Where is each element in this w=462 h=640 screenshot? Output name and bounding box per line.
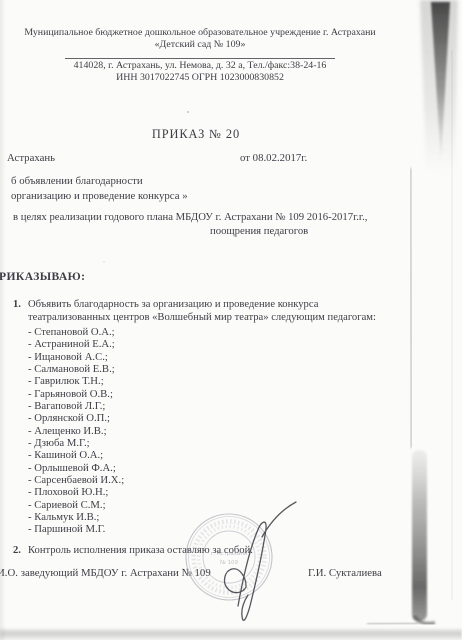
order-date: от 08.02.2017г. [240,152,307,164]
scanned-order-document: Муниципальное бюджетное дошкольное образ… [0,0,462,640]
scan-fold-line-right [411,168,412,448]
teacher-name-line: - Сарсенбаевой И.Х.; [28,474,376,486]
item-2-text: Контроль исполнения приказа оставляю за … [28,544,253,557]
signer-role: И.О. заведующий МБДОУ г. Астрахани № 109 [0,567,211,579]
teacher-name-line: - Сариевой С.М.; [28,499,376,511]
teacher-name-line: - Ищановой А.С.; [28,351,376,363]
org-inn-ogrn: ИНН 3017022745 ОГРН 1023000830852 [0,72,400,84]
org-name-line1: Муниципальное бюджетное дошкольное образ… [0,27,400,39]
order-subject: б объявлении благодарности организацию и… [11,174,188,203]
teacher-name-line: - Плоховой Ю.Н.; [28,486,376,498]
scan-shadow-bottom-band [0,628,462,640]
item-1-line1: Объявить благодарность за организацию и … [28,298,376,311]
order-purpose: в целях реализации годового плана МБДОУ … [13,211,367,239]
teacher-name-line: - Салмановой Е.В.; [28,363,376,375]
org-name-line2: «Детский сад № 109» [0,39,400,51]
item-1-line2: театрализованных центров «Волшебный мир … [28,311,376,324]
order-title: ПРИКАЗ № 20 [0,127,392,142]
subject-line2: организацию и проведение конкурса » [11,189,188,204]
teacher-name-line: - Дзюба М.Г.; [28,437,376,449]
teacher-name-line: - Кальмук И.В.; [28,511,376,523]
letterhead-divider [65,58,335,59]
scan-shadow-left-edge [0,0,6,640]
teacher-name-line: - Алещенко И.В.; [28,425,376,437]
stamp-center-text-2: № 109 [220,560,238,566]
item-2-number: 2. [13,544,21,557]
scan-shadow-top-right-band [420,0,458,175]
letterhead: Муниципальное бюджетное дошкольное образ… [0,27,400,84]
teacher-name-line: - Гарьяновой О.В.; [28,388,376,400]
teacher-name-line: - Орлянской О.П.; [28,412,376,424]
teacher-name-line: - Кашиной О.А.; [28,449,376,461]
scan-shadow-horizontal [367,623,418,624]
scan-shadow-bottom-right-bar [412,450,427,621]
order-item-1: 1. Объявить благодарность за организацию… [13,298,376,536]
signer-name: Г.И. Сукталиева [308,567,382,579]
decree-word: РИКАЗЫВАЮ: [0,270,85,283]
scan-shadow-bar-curve [414,616,435,624]
teachers-list: - Степановой О.А.;- Астраниной Е.А.;- Ищ… [28,326,376,536]
teacher-name-line: - Гаврилюк Т.Н.; [28,375,376,387]
teacher-name-line: - Астраниной Е.А.; [28,338,376,350]
item-1-number: 1. [13,298,21,311]
org-address: 414028, г. Астрахань, ул. Немова, д. 32 … [0,60,400,72]
teacher-name-line: - Вагаповой Л.Г.; [28,400,376,412]
teacher-name-line: - Орлышевой Ф.А.; [28,462,376,474]
teacher-name-line: - Степановой О.А.; [28,326,376,338]
purpose-line1: в целях реализации годового плана МБДОУ … [13,211,367,225]
purpose-line2: поощрения педагогов [210,225,367,239]
order-item-2: 2. Контроль исполнения приказа оставляю … [13,544,253,557]
scan-speck [103,261,105,263]
order-city: Астрахань [7,152,55,164]
scan-crease-top-right [431,2,450,163]
scan-speck [187,111,189,113]
subject-line1: б объявлении благодарности [11,174,188,189]
teacher-name-line: - Паршиной М.Г. [28,523,376,535]
